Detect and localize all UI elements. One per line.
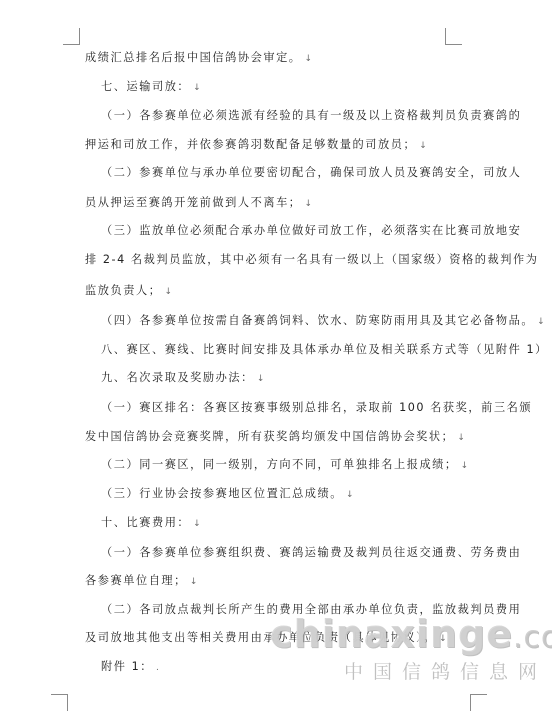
line-text: 监放负责人； <box>85 284 161 297</box>
text-line: （一）各参赛单位参赛组织费、赛鸽运输费及裁判员往返交通费、劳务费由 <box>101 546 501 560</box>
text-line: 员从押运至赛鸽开笼前做到人不离车；↓ <box>85 196 485 211</box>
paragraph-mark-icon: ↓ <box>461 461 469 471</box>
text-line: 七、运输司放：↓ <box>101 80 501 95</box>
paragraph-mark-icon: . <box>156 663 159 673</box>
line-text: （一）各参赛单位必须选派有经验的具有一级及以上资格裁判员负责赛鸽的 <box>101 109 521 122</box>
line-text: （一）赛区排名：各赛区按赛事级别总排名，录取前 100 名获奖，前三名颁 <box>101 401 532 414</box>
line-text: （三）监放单位必须配合承办单位做好司放工作，必须落实在比赛司放地安 <box>101 224 521 237</box>
paragraph-mark-icon: ↓ <box>537 317 545 327</box>
paragraph-mark-icon: ↓ <box>305 54 313 64</box>
paragraph-mark-icon: ↓ <box>419 141 427 151</box>
line-text: 各参赛单位自理； <box>85 574 187 587</box>
line-text: 排 2-4 名裁判员监放，其中必须有一名具有一级以上（国家级）资格的裁判作为 <box>85 253 538 266</box>
crop-mark-bottom-right <box>470 694 487 711</box>
text-line: （二）各司放点裁判长所产生的费用全部由承办单位负责，监放裁判员费用 <box>101 603 501 617</box>
text-line: （四）各参赛单位按需自备赛鸽饲料、饮水、防寒防雨用具及其它必备物品。↓ <box>101 314 501 329</box>
text-line: 成绩汇总排名后报中国信鸽协会审定。↓ <box>85 51 485 66</box>
text-line: 附件 1：. <box>101 660 501 675</box>
text-line: 排 2-4 名裁判员监放，其中必须有一名具有一级以上（国家级）资格的裁判作为 <box>85 253 485 267</box>
line-text: 及司放地其他支出等相关费用由承办单位负责（具体见协议）。 <box>85 631 436 644</box>
watermark: chinaxinge.com 中国信鸽信息网 <box>270 612 552 692</box>
paragraph-mark-icon: ↓ <box>164 287 172 297</box>
text-line: （一）赛区排名：各赛区按赛事级别总排名，录取前 100 名获奖，前三名颁 <box>101 401 501 415</box>
text-line: 十、比赛费用：↓ <box>101 516 501 531</box>
document-page: 成绩汇总排名后报中国信鸽协会审定。↓七、运输司放：↓（一）各参赛单位必须选派有经… <box>0 0 552 724</box>
paragraph-mark-icon: ↓ <box>346 490 354 500</box>
line-text: 成绩汇总排名后报中国信鸽协会审定。 <box>85 51 302 64</box>
text-line: 监放负责人；↓ <box>85 284 485 299</box>
crop-mark-bottom-left <box>51 694 68 711</box>
text-line: 及司放地其他支出等相关费用由承办单位负责（具体见协议）。↓ <box>85 631 485 646</box>
text-line: （二）同一赛区，同一级别，方向不同，可单独排名上报成绩；↓ <box>101 458 501 473</box>
line-text: （二）各司放点裁判长所产生的费用全部由承办单位负责，监放裁判员费用 <box>101 603 521 616</box>
text-line: （三）行业协会按参赛地区位置汇总成绩。↓ <box>101 487 501 502</box>
crop-mark-top-right <box>445 28 462 45</box>
line-text: （三）行业协会按参赛地区位置汇总成绩。 <box>101 487 343 500</box>
text-line: （三）监放单位必须配合承办单位做好司放工作，必须落实在比赛司放地安 <box>101 224 501 238</box>
line-text: （二）参赛单位与承办单位要密切配合，确保司放人员及赛鸽安全，司放人 <box>101 166 521 179</box>
line-text: 员从押运至赛鸽开笼前做到人不离车； <box>85 196 302 209</box>
line-text: （四）各参赛单位按需自备赛鸽饲料、饮水、防寒防雨用具及其它必备物品。 <box>101 314 534 327</box>
line-text: 发中国信鸽协会竞赛奖牌，所有获奖鸽均颁发中国信鸽协会奖状； <box>85 430 454 443</box>
text-line: 九、名次录取及奖励办法：↓ <box>101 371 501 386</box>
line-text: 十、比赛费用： <box>101 516 190 529</box>
text-line: 各参赛单位自理；↓ <box>85 574 485 589</box>
line-text: 八、赛区、赛线、比赛时间安排及具体承办单位及相关联系方式等（见附件 1） <box>101 343 548 356</box>
text-line: 押运和司放工作，并依参赛鸽羽数配备足够数量的司放员；↓ <box>85 138 485 153</box>
paragraph-mark-icon: ↓ <box>257 374 265 384</box>
text-line: （一）各参赛单位必须选派有经验的具有一级及以上资格裁判员负责赛鸽的 <box>101 109 501 123</box>
crop-mark-top-left <box>63 28 80 45</box>
paragraph-mark-icon: ↓ <box>457 433 465 443</box>
text-line: （二）参赛单位与承办单位要密切配合，确保司放人员及赛鸽安全，司放人 <box>101 166 501 180</box>
paragraph-mark-icon: ↓ <box>439 634 447 644</box>
line-text: 附件 1： <box>101 660 153 673</box>
text-line: 八、赛区、赛线、比赛时间安排及具体承办单位及相关联系方式等（见附件 1）↓ <box>101 343 501 358</box>
paragraph-mark-icon: ↓ <box>193 519 201 529</box>
line-text: （一）各参赛单位参赛组织费、赛鸽运输费及裁判员往返交通费、劳务费由 <box>101 546 521 559</box>
text-line: 发中国信鸽协会竞赛奖牌，所有获奖鸽均颁发中国信鸽协会奖状；↓ <box>85 430 485 445</box>
line-text: （二）同一赛区，同一级别，方向不同，可单独排名上报成绩； <box>101 458 458 471</box>
line-text: 九、名次录取及奖励办法： <box>101 371 254 384</box>
line-text: 押运和司放工作，并依参赛鸽羽数配备足够数量的司放员； <box>85 138 416 151</box>
paragraph-mark-icon: ↓ <box>193 83 201 93</box>
line-text: 七、运输司放： <box>101 80 190 93</box>
paragraph-mark-icon: ↓ <box>190 577 198 587</box>
paragraph-mark-icon: ↓ <box>305 199 313 209</box>
watermark-tld: .com <box>513 620 552 655</box>
